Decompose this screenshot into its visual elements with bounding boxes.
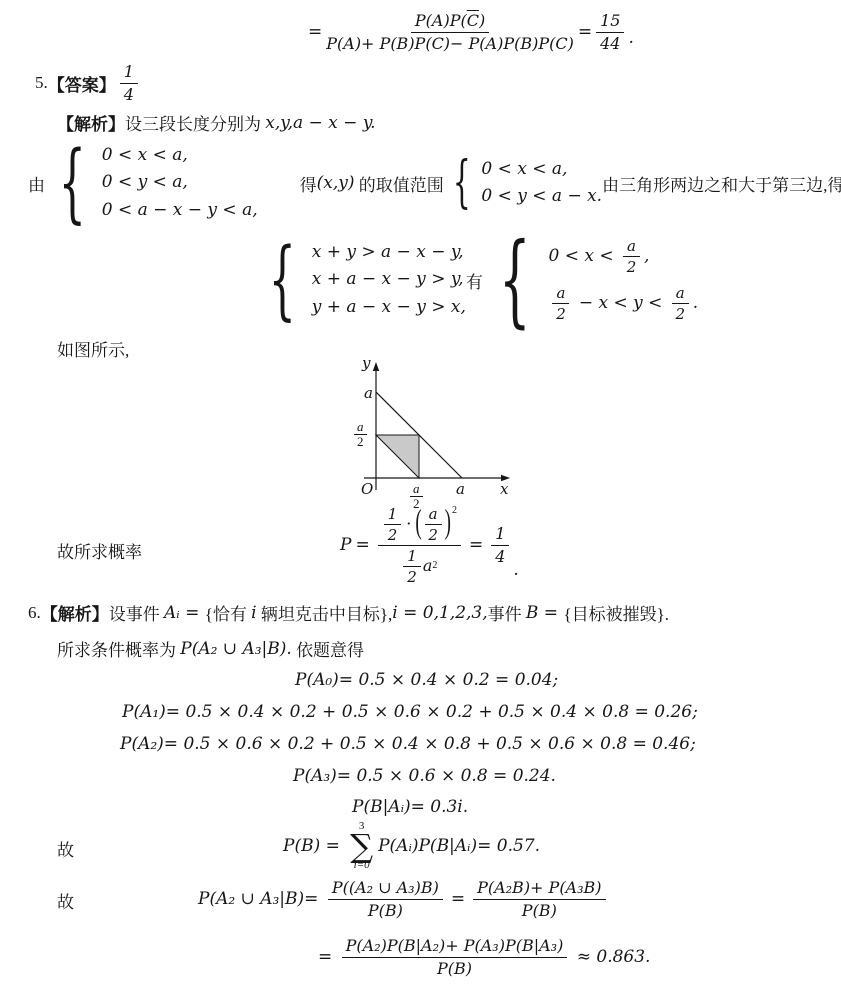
left-paren: (	[415, 503, 421, 544]
fraction: P(A)P(C) P(A)+ P(B)P(C)− P(A)P(B)P(C)	[326, 11, 574, 52]
cn-text: 故	[57, 888, 74, 913]
fraction: 1 2	[403, 547, 421, 586]
fraction: P((A₂ ∪ A₃)B) P(B)	[328, 878, 443, 919]
cn-text: 得	[300, 171, 317, 196]
math-text: a	[423, 556, 433, 575]
cn-text: 由	[28, 171, 45, 196]
fraction: 15 44	[596, 11, 624, 52]
fraction-numerator: 1	[403, 547, 421, 567]
inequality-row: 0 < x < a,	[102, 142, 258, 169]
document-page: { "brace": "{", "eqTop": { "eq": "=", "n…	[0, 0, 841, 993]
fraction: a 2	[552, 284, 569, 323]
math-text: x,y,a − x − y.	[265, 113, 375, 133]
final-equation: = P(A₂)P(B|A₂)+ P(A₃)P(B|A₃) P(B) ≈ 0.86…	[318, 928, 650, 986]
cn-text: 的取值范围	[354, 171, 443, 196]
inequality-system: { 0 < x < a 2 , a 2 − x < y < a 2	[483, 230, 698, 330]
analysis-label: 【解析】	[41, 600, 109, 625]
fraction-numerator: 15	[596, 11, 624, 32]
equals-sign: =	[308, 22, 322, 42]
math-text: P(B)	[522, 901, 557, 920]
cn-text: 辆坦克击中目标},	[257, 600, 393, 625]
fraction-denominator: 2	[428, 525, 438, 544]
gu-label: 故	[57, 888, 74, 913]
fraction-denominator: 1 2 a2	[401, 546, 437, 586]
inequality-system: { 0 < x < a, 0 < y < a − x.	[444, 155, 602, 211]
cn-text: 所求条件概率为	[57, 636, 180, 661]
math-text: )	[479, 11, 485, 30]
math-text: 4	[495, 547, 505, 566]
cn-text: 故所求概率	[57, 538, 142, 563]
pa3-equation: P(A₃)= 0.5 × 0.6 × 0.8 = 0.24.	[293, 766, 556, 786]
math-text: a	[627, 237, 636, 255]
fraction: a 2	[623, 237, 640, 276]
fraction-numerator: P(A₂B)+ P(A₃B)	[473, 878, 605, 899]
math-text: − x < y <	[573, 290, 667, 317]
fraction-numerator: P(A)P(C)	[411, 11, 489, 32]
bayes-equation: P(A₂ ∪ A₃|B)= P((A₂ ∪ A₃)B) P(B) = P(A₂B…	[198, 870, 610, 928]
fraction-numerator: a	[623, 237, 640, 257]
inequality-system: { 0 < x < a, 0 < y < a, 0 < a − x − y < …	[45, 140, 258, 226]
math-text: P(A₀)= 0.5 × 0.4 × 0.2 = 0.04;	[295, 670, 558, 690]
fraction-denominator: 2	[556, 304, 566, 323]
inequality-row: x + a − x − y > y,	[312, 266, 466, 293]
math-text: P(B)	[437, 959, 472, 978]
fraction: a 2	[672, 284, 689, 323]
pa0-equation: P(A₀)= 0.5 × 0.4 × 0.2 = 0.04;	[295, 670, 558, 690]
math-text: i = 0,1,2,3,	[392, 603, 487, 623]
fraction-numerator: P(A₂)P(B|A₂)+ P(A₃)P(B|A₃)	[342, 936, 568, 957]
probability-text: 故所求概率	[57, 538, 142, 563]
math-text: a	[676, 284, 685, 302]
fraction: a 2	[425, 505, 442, 544]
summation: 3 ∑ i=0	[350, 821, 373, 872]
math-text: 2	[556, 305, 566, 323]
pa1-equation: P(A₁)= 0.5 × 0.4 × 0.2 + 0.5 × 0.6 × 0.2…	[122, 702, 698, 722]
math-text: 4	[124, 85, 134, 104]
answer-label: 【答案】	[48, 71, 116, 96]
math-text: .	[693, 290, 698, 317]
math-text: P(Aᵢ)P(B|Aᵢ)= 0.57.	[378, 836, 540, 856]
equals-sign: =	[451, 889, 465, 909]
fraction-denominator: 4	[495, 546, 505, 566]
pa2-equation: P(A₂)= 0.5 × 0.6 × 0.2 + 0.5 × 0.4 × 0.8…	[120, 734, 696, 754]
fraction-numerator: 1	[120, 62, 138, 83]
math-text: P(A)P(	[415, 11, 467, 30]
math-text: a	[429, 505, 438, 523]
math-text: 0 < x <	[548, 243, 619, 270]
math-text: P(A₃)= 0.5 × 0.6 × 0.8 = 0.24.	[293, 766, 556, 786]
system-rows: 0 < x < a, 0 < y < a, 0 < a − x − y < a,	[102, 142, 258, 224]
q5-answer-line: 5. 【答案】 1 4	[35, 60, 142, 106]
math-text: P(A₂)P(B|A₂)+ P(A₃)P(B|A₃)	[346, 936, 564, 955]
fraction-denominator: 2	[627, 257, 637, 276]
total-probability-equation: P(B) = 3 ∑ i=0 P(Aᵢ)P(B|Aᵢ)= 0.57.	[283, 818, 540, 874]
cn-text: 事件	[488, 600, 526, 625]
equals-sign: =	[318, 947, 338, 967]
fraction-numerator: a	[354, 420, 367, 435]
math-text: P(A₁)= 0.5 × 0.4 × 0.2 + 0.5 × 0.6 × 0.2…	[122, 702, 698, 722]
geometric-probability-figure: y a a 2 O a 2 a x	[348, 356, 518, 508]
math-text: 1	[124, 62, 134, 81]
x-tick-a: a	[456, 480, 465, 498]
math-text: 2	[388, 526, 398, 544]
fraction-denominator: P(A)+ P(B)P(C)− P(A)P(B)P(C)	[326, 33, 574, 53]
fraction-numerator: 1	[491, 524, 509, 545]
fraction-denominator: P(B)	[522, 900, 557, 920]
cn-text: 有	[466, 268, 483, 293]
fraction-denominator: 2	[676, 304, 686, 323]
fraction-numerator: a	[552, 284, 569, 304]
pbai-equation: P(B|Aᵢ)= 0.3i.	[352, 797, 468, 817]
system-rows: 0 < x < a 2 , a 2 − x < y < a 2 .	[548, 237, 698, 323]
math-text: 2	[407, 568, 417, 586]
inequality-row: y + a − x − y > x,	[312, 294, 466, 321]
fraction-denominator: P(B)	[437, 958, 472, 978]
inequality-row: 0 < x < a 2 ,	[548, 237, 698, 276]
math-text: ,	[644, 243, 649, 270]
math-text: 15	[600, 11, 620, 30]
math-text: 1	[407, 547, 417, 565]
dot-operator: ·	[406, 514, 411, 533]
shaded-triangle	[376, 435, 419, 478]
figure-svg	[348, 356, 518, 508]
math-text: P(A₂ ∪ A₃|B)=	[198, 889, 324, 909]
system-brace: {	[499, 230, 531, 330]
math-text: P	[340, 535, 351, 555]
fraction-denominator: 2	[388, 525, 398, 544]
approx-result: ≈ 0.863.	[571, 947, 650, 967]
cn-text: {目标被摧毁}.	[563, 600, 669, 625]
equation-top: = P(A)P(C) P(A)+ P(B)P(C)− P(A)P(B)P(C) …	[308, 8, 634, 56]
fraction: 1 4	[491, 524, 509, 565]
fraction-denominator: 2	[357, 435, 364, 449]
math-text: P(A₂ ∪ A₃|B).	[180, 639, 292, 659]
y-tick-a-half: a 2	[354, 420, 367, 450]
cn-text: 设事件	[109, 600, 164, 625]
math-text: P(B|Aᵢ)= 0.3i.	[352, 797, 468, 817]
inequality-row: 0 < a − x − y < a,	[102, 197, 258, 224]
fraction: 1 4	[120, 62, 138, 103]
fraction: 1 2	[384, 505, 402, 544]
q5-systems-line2: { x + y > a − x − y, x + a − x − y > y, …	[255, 228, 698, 332]
math-text: 2	[428, 526, 438, 544]
inequality-system: { x + y > a − x − y, x + a − x − y > y, …	[255, 237, 466, 323]
exponent: 2	[452, 505, 457, 517]
math-text: 2	[627, 258, 637, 276]
equals-sign: =	[578, 22, 592, 42]
y-axis-label: y	[362, 354, 370, 372]
math-text: 1	[495, 524, 505, 543]
math-text: P(A)+ P(B)P(C)− P(A)P(B)P(C)	[326, 34, 574, 53]
overlined-c: C	[467, 11, 479, 30]
gu-label: 故	[57, 836, 74, 861]
q5-systems-line1: 由 { 0 < x < a, 0 < y < a, 0 < a − x − y …	[28, 138, 841, 228]
fraction-numerator: a	[672, 284, 689, 304]
system-rows: 0 < x < a, 0 < y < a − x.	[481, 156, 602, 210]
fraction: P(A₂B)+ P(A₃B) P(B)	[473, 878, 605, 919]
inequality-row: 0 < x < a,	[481, 156, 602, 183]
math-text: 2	[676, 305, 686, 323]
period: .	[628, 28, 633, 56]
cn-text: 故	[57, 836, 74, 861]
fraction-numerator: 1	[384, 505, 402, 525]
figure-intro: 如图所示,	[57, 336, 129, 361]
sigma-symbol: ∑	[350, 832, 373, 861]
fraction-numerator: a	[425, 505, 442, 525]
fraction-numerator: 1 2 · ( a 2 ) 2	[378, 505, 461, 546]
math-text: P(A₂B)+ P(A₃B)	[477, 878, 601, 897]
fraction-denominator: P(B)	[368, 900, 403, 920]
item-number: 6.	[28, 603, 41, 623]
math-text: a	[556, 284, 565, 302]
math-text: P(B) =	[283, 836, 345, 856]
system-brace: {	[453, 155, 471, 211]
q6-analysis-line1: 6. 【解析】 设事件 Aᵢ = {恰有 i 辆坦克击中目标}, i = 0,1…	[28, 600, 669, 625]
analysis-label: 【解析】	[57, 110, 125, 135]
right-paren: )	[445, 503, 451, 544]
exponent: 2	[432, 560, 437, 572]
fraction-numerator: a	[410, 482, 423, 497]
math-text: 1	[388, 505, 398, 523]
math-text: P((A₂ ∪ A₃)B)	[332, 878, 439, 897]
math-text: Aᵢ =	[164, 603, 205, 623]
y-axis-arrow	[373, 362, 379, 371]
math-text: 44	[600, 34, 620, 53]
cn-text: 如图所示,	[57, 336, 129, 361]
item-number: 5.	[35, 73, 48, 93]
fraction-denominator: 4	[124, 84, 134, 104]
inequality-row: 0 < y < a,	[102, 169, 258, 196]
q5-probability-equation: P = 1 2 · ( a 2 ) 2 1 2 a2 = 1 4 .	[340, 502, 519, 588]
cn-text: 设三段长度分别为	[125, 110, 265, 135]
y-tick-a: a	[364, 384, 373, 402]
big-fraction: 1 2 · ( a 2 ) 2 1 2 a2	[378, 505, 461, 586]
x-axis-label: x	[500, 480, 508, 498]
fraction-denominator: 2	[407, 567, 417, 586]
math-text: B =	[526, 603, 564, 623]
system-brace: {	[269, 237, 296, 323]
fraction-denominator: 44	[600, 33, 620, 53]
cn-text: 依题意得	[292, 636, 364, 661]
inequality-row: a 2 − x < y < a 2 .	[548, 284, 698, 323]
period: .	[513, 560, 518, 588]
q6-analysis-line2: 所求条件概率为 P(A₂ ∪ A₃|B). 依题意得	[57, 636, 364, 661]
system-brace: {	[59, 140, 86, 226]
system-rows: x + y > a − x − y, x + a − x − y > y, y …	[312, 239, 466, 321]
equals-sign: =	[469, 535, 483, 555]
equals-sign: =	[355, 535, 369, 555]
fraction-numerator: P((A₂ ∪ A₃)B)	[328, 878, 443, 899]
cn-text: 由三角形两边之和大于第三边,得	[602, 171, 841, 196]
origin-label: O	[361, 480, 373, 498]
math-text: P(B)	[368, 901, 403, 920]
inequality-row: x + y > a − x − y,	[312, 239, 466, 266]
cn-text: {恰有	[205, 600, 251, 625]
fraction: P(A₂)P(B|A₂)+ P(A₃)P(B|A₃) P(B)	[342, 936, 568, 977]
math-text: (x,y)	[317, 173, 355, 193]
math-text: P(A₂)= 0.5 × 0.6 × 0.2 + 0.5 × 0.4 × 0.8…	[120, 734, 696, 754]
inequality-row: 0 < y < a − x.	[481, 183, 602, 210]
q5-analysis-line: 【解析】 设三段长度分别为 x,y,a − x − y.	[57, 110, 376, 135]
